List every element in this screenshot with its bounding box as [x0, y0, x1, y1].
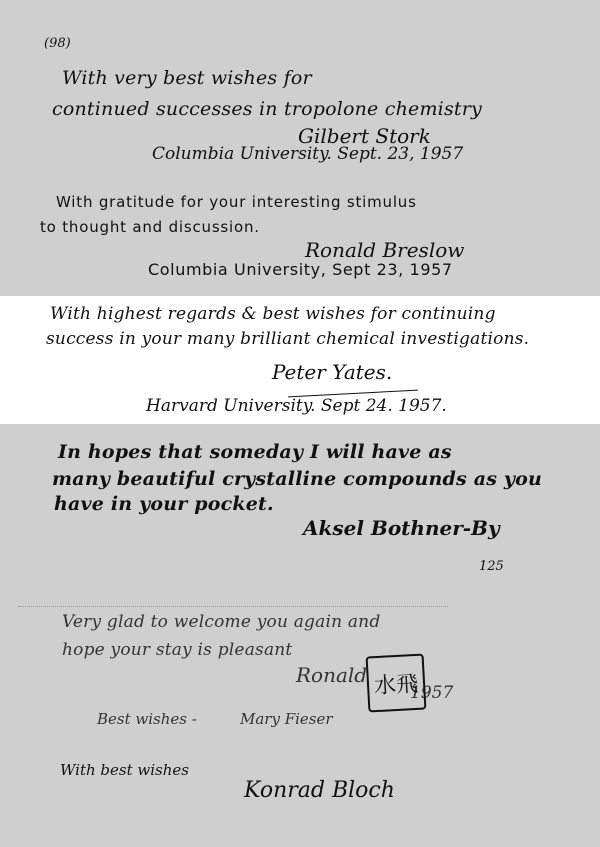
- signature: Peter Yates.: [272, 362, 392, 382]
- message-line: With very best wishes for: [62, 69, 312, 88]
- seal-stamp: 水飛: [366, 654, 427, 713]
- message-line: have in your pocket.: [54, 495, 274, 514]
- signature: Aksel Bothner-By: [303, 518, 500, 538]
- affiliation: Harvard University. Sept 24. 1957.: [146, 398, 447, 415]
- signature: Konrad Bloch: [244, 780, 395, 802]
- signature: Ronald: [296, 665, 367, 685]
- affiliation: Columbia University, Sept 23, 1957: [148, 262, 453, 278]
- message-line: Best wishes -: [97, 712, 197, 727]
- affiliation: Columbia University. Sept. 23, 1957: [152, 146, 463, 163]
- message-line: With highest regards & best wishes for c…: [50, 306, 496, 323]
- signature: Ronald Breslow: [305, 240, 464, 260]
- page-number-mid: 125: [479, 560, 504, 573]
- message-line: With gratitude for your interesting stim…: [56, 195, 417, 210]
- section-divider: [18, 606, 448, 607]
- message-line: continued successes in tropolone chemist…: [52, 100, 482, 119]
- message-line: In hopes that someday I will have as: [58, 443, 452, 462]
- message-line: Very glad to welcome you again and: [62, 614, 380, 631]
- message-line: With best wishes: [60, 763, 189, 778]
- page-number-top: (98): [44, 37, 71, 50]
- message-line: to thought and discussion.: [40, 220, 260, 235]
- message-line: hope your stay is pleasant: [62, 642, 292, 659]
- signature: Mary Fieser: [240, 712, 333, 727]
- signature: Gilbert Stork: [298, 126, 431, 146]
- message-line: success in your many brilliant chemical …: [46, 331, 529, 348]
- message-line: many beautiful crystalline compounds as …: [52, 470, 542, 489]
